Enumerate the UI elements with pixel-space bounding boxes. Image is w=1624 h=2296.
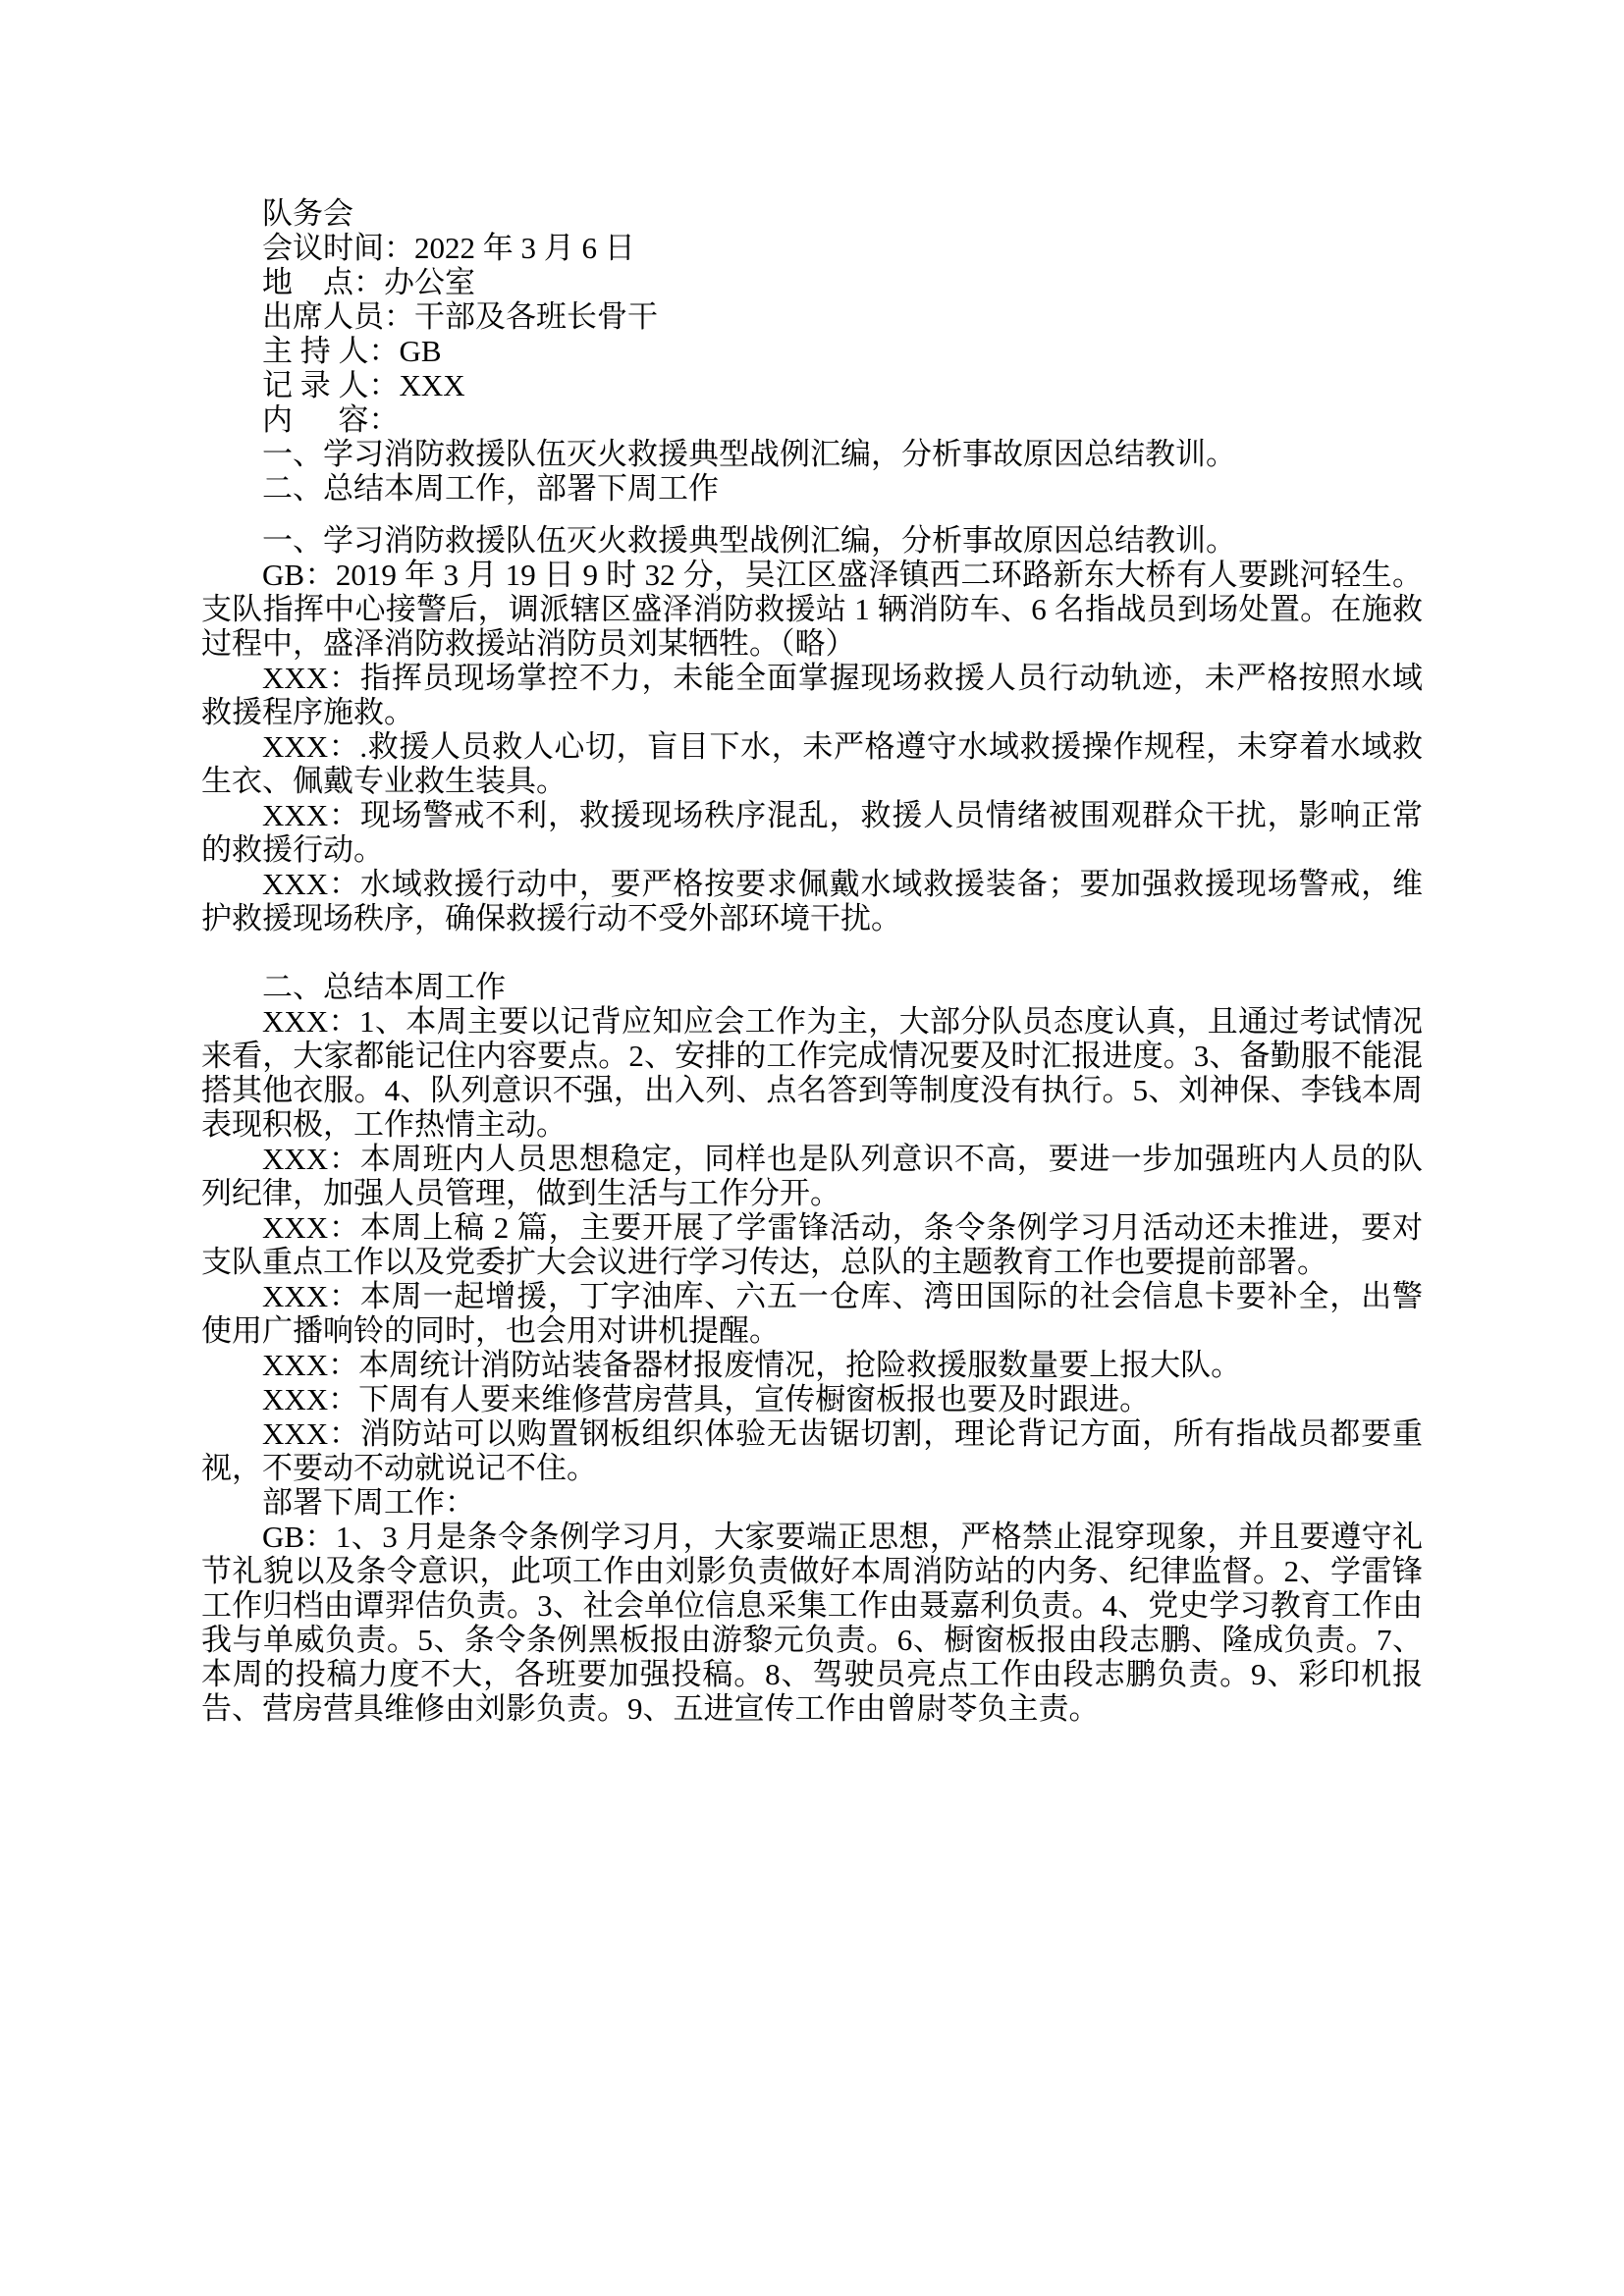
paragraph: 一、学习消防救援队伍灭火救援典型战例汇编，分析事故原因总结教训。 [201, 523, 1423, 558]
paragraph: 部署下周工作： [201, 1485, 1423, 1520]
paragraph: XXX：指挥员现场掌控不力，未能全面掌握现场救援人员行动轨迹，未严格按照水域救援… [201, 661, 1423, 729]
paragraph: GB：2019 年 3 月 19 日 9 时 32 分，吴江区盛泽镇西二环路新东… [201, 558, 1423, 661]
paragraph: 会议时间：2022 年 3 月 6 日 [201, 231, 1423, 265]
paragraph: GB：1、3 月是条令条例学习月，大家要端正思想，严格禁止混穿现象，并且要遵守礼… [201, 1520, 1423, 1726]
paragraph: 出席人员：干部及各班长骨干 [201, 299, 1423, 334]
paragraph-gap [201, 506, 1423, 523]
paragraph: XXX：本周班内人员思想稳定，同样也是队列意识不高，要进一步加强班内人员的队列纪… [201, 1142, 1423, 1210]
paragraph: 记 录 人：XXX [201, 368, 1423, 402]
paragraph: XXX：消防站可以购置钢板组织体验无齿锯切割，理论背记方面，所有指战员都要重视，… [201, 1416, 1423, 1485]
paragraph: 一、学习消防救援队伍灭火救援典型战例汇编，分析事故原因总结教训。 [201, 437, 1423, 471]
paragraph-gap [201, 935, 1423, 970]
paragraph: XXX：本周上稿 2 篇，主要开展了学雷锋活动，条令条例学习月活动还未推进，要对… [201, 1210, 1423, 1279]
paragraph: 二、总结本周工作 [201, 970, 1423, 1004]
paragraph: XXX：本周一起增援，丁字油库、六五一仓库、湾田国际的社会信息卡要补全，出警使用… [201, 1279, 1423, 1348]
document-page: 队务会会议时间：2022 年 3 月 6 日地 点：办公室出席人员：干部及各班长… [0, 0, 1624, 2296]
paragraph: XXX：水域救援行动中，要严格按要求佩戴水域救援装备；要加强救援现场警戒，维护救… [201, 867, 1423, 935]
paragraph: XXX：.救援人员救人心切，盲目下水，未严格遵守水域救援操作规程，未穿着水域救生… [201, 729, 1423, 798]
paragraph: 内 容： [201, 402, 1423, 437]
paragraph: XXX：本周统计消防站装备器材报废情况，抢险救援服数量要上报大队。 [201, 1348, 1423, 1382]
paragraph: XXX：现场警戒不利，救援现场秩序混乱，救援人员情绪被围观群众干扰，影响正常的救… [201, 798, 1423, 867]
paragraph: XXX：下周有人要来维修营房营具，宣传橱窗板报也要及时跟进。 [201, 1382, 1423, 1416]
paragraph: 二、总结本周工作，部署下周工作 [201, 471, 1423, 506]
paragraph: 队务会 [201, 196, 1423, 231]
paragraph: XXX：1、本周主要以记背应知应会工作为主，大部分队员态度认真，且通过考试情况来… [201, 1004, 1423, 1142]
document-content: 队务会会议时间：2022 年 3 月 6 日地 点：办公室出席人员：干部及各班长… [201, 196, 1423, 1726]
paragraph: 主 持 人：GB [201, 334, 1423, 368]
paragraph: 地 点：办公室 [201, 265, 1423, 299]
